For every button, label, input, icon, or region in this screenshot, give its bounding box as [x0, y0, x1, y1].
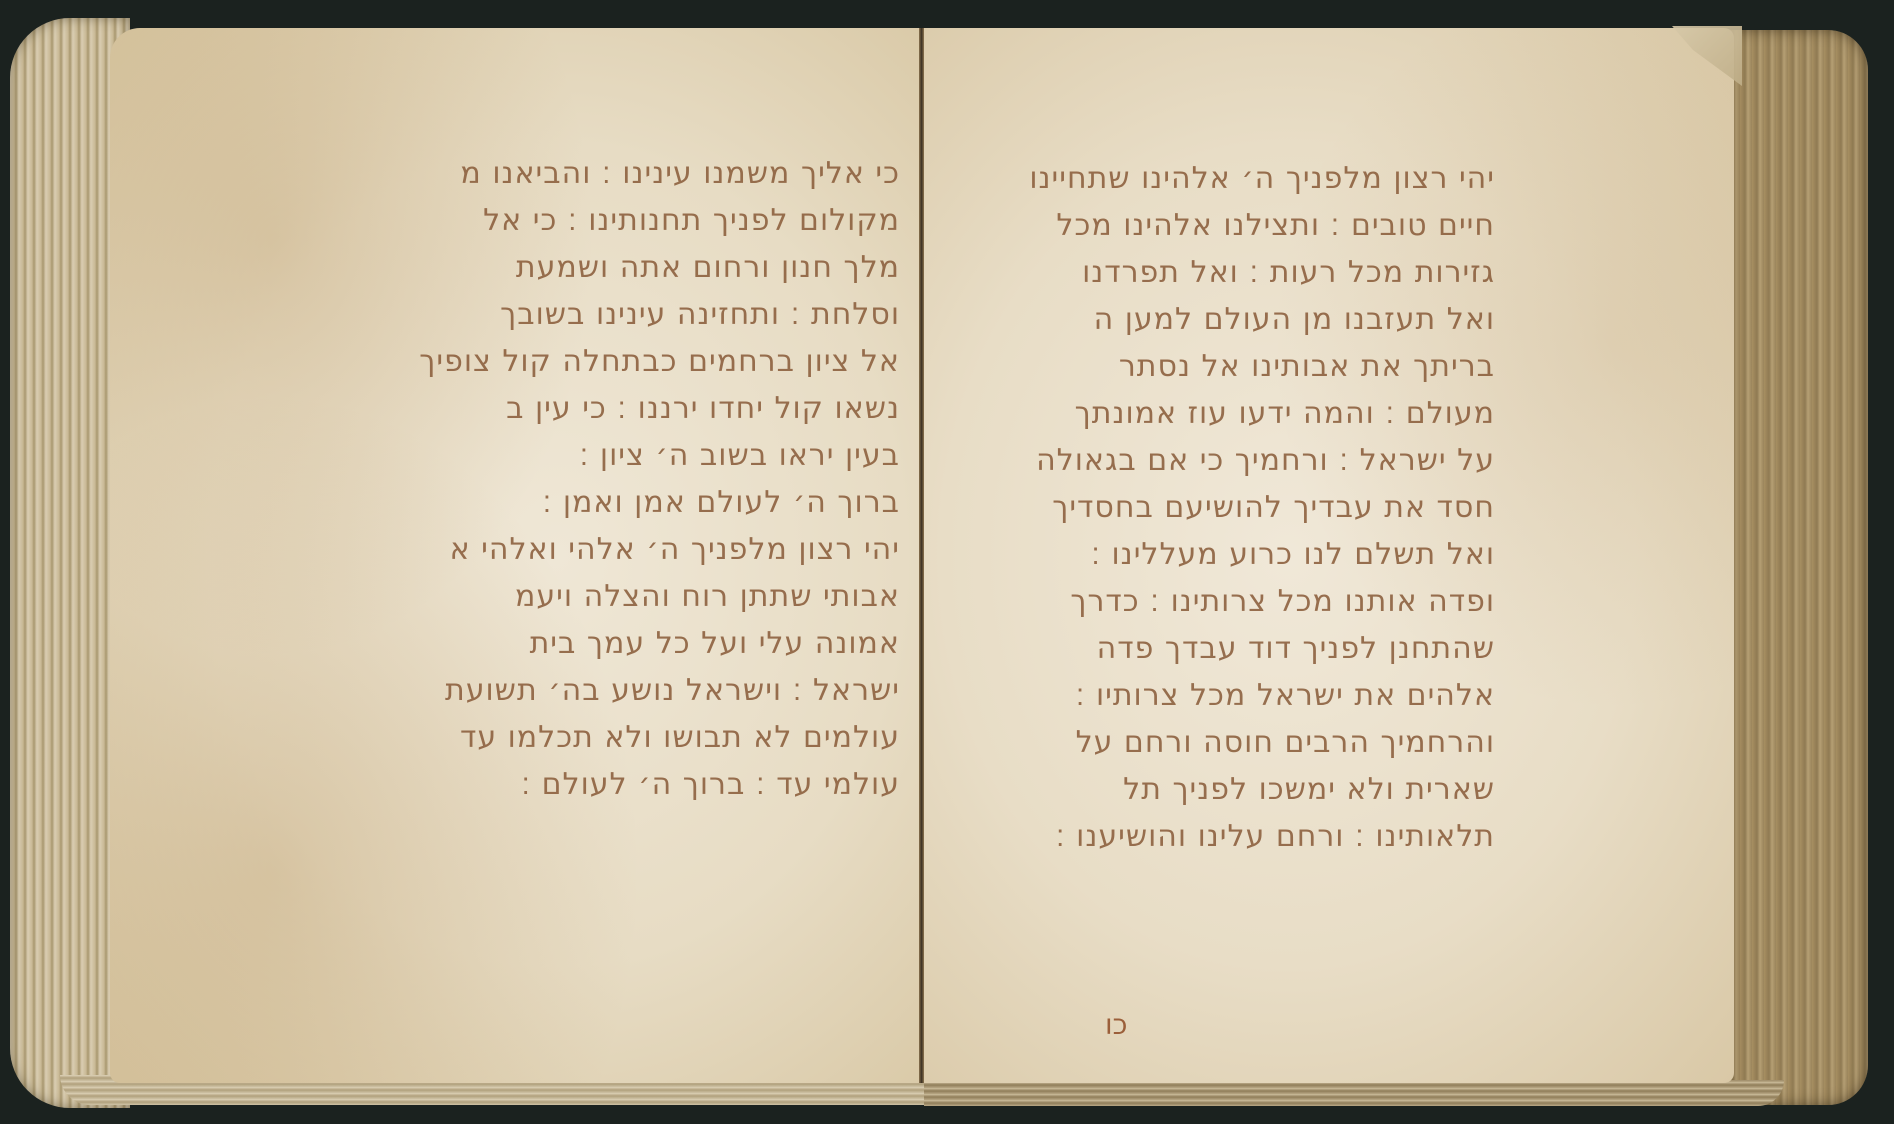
- folio-number: כו: [1105, 1008, 1127, 1041]
- open-manuscript: כי אליך משמנו עינינו ׃ והביאנו מ מקולום …: [0, 0, 1894, 1124]
- text-line: כי אליך משמנו עינינו ׃ והביאנו מ: [260, 150, 900, 197]
- text-line: יהי רצון מלפניך ה׳ אלהי ואלהי א: [260, 526, 900, 573]
- text-line: ופדה אותנו מכל צרותינו ׃ כדרך: [935, 578, 1495, 625]
- text-line: תלאותינו ׃ ורחם עלינו והושיענו ׃: [935, 813, 1495, 860]
- text-line: ברוך ה׳ לעולם אמן ואמן ׃: [260, 479, 900, 526]
- right-bottom-edges: [924, 1080, 1784, 1106]
- text-line: והרחמיך הרבים חוסה ורחם על: [935, 719, 1495, 766]
- text-line: מעולם ׃ והמה ידעו עוז אמונתך: [935, 390, 1495, 437]
- text-line: אל ציון ברחמים כבתחלה קול צופיך: [260, 338, 900, 385]
- text-line: מלך חנון ורחום אתה ושמעת: [260, 244, 900, 291]
- text-line: עולמים לא תבושו ולא תכלמו עד: [260, 714, 900, 761]
- gutter: [919, 28, 924, 1083]
- text-line: חיים טובים ׃ ותצילנו אלהינו מכל: [935, 202, 1495, 249]
- text-line: עולמי עד ׃ ברוך ה׳ לעולם ׃: [260, 761, 900, 808]
- right-page-text: יהי רצון מלפניך ה׳ אלהינו שתחיינו חיים ט…: [935, 155, 1495, 860]
- text-line: שארית ולא ימשכו לפניך תל: [935, 766, 1495, 813]
- text-line: ואל תשלם לנו כרוע מעללינו ׃: [935, 531, 1495, 578]
- text-line: ואל תעזבנו מן העולם למען ה: [935, 296, 1495, 343]
- text-line: אמונה עלי ועל כל עמך בית: [260, 620, 900, 667]
- text-line: על ישראל ׃ ורחמיך כי אם בגאולה: [935, 437, 1495, 484]
- text-line: יהי רצון מלפניך ה׳ אלהינו שתחיינו: [935, 155, 1495, 202]
- text-line: ישראל ׃ וישראל נושע בה׳ תשועת: [260, 667, 900, 714]
- text-line: אלהים את ישראל מכל צרותיו ׃: [935, 672, 1495, 719]
- text-line: בעין יראו בשוב ה׳ ציון ׃: [260, 432, 900, 479]
- left-page-text: כי אליך משמנו עינינו ׃ והביאנו מ מקולום …: [260, 150, 900, 808]
- text-line: שהתחנן לפניך דוד עבדך פדה: [935, 625, 1495, 672]
- text-line: מקולום לפניך תחנותינו ׃ כי אל: [260, 197, 900, 244]
- text-line: בריתך את אבותינו אל נסתר: [935, 343, 1495, 390]
- text-line: נשאו קול יחדו ירננו ׃ כי עין ב: [260, 385, 900, 432]
- text-line: וסלחת ׃ ותחזינה עינינו בשובך: [260, 291, 900, 338]
- text-line: חסד את עבדיך להושיעם בחסדיך: [935, 484, 1495, 531]
- text-line: גזירות מכל רעות ׃ ואל תפרדנו: [935, 249, 1495, 296]
- text-line: אבותי שתתן רוח והצלה ויעמ: [260, 573, 900, 620]
- right-page-edges: [1728, 30, 1868, 1105]
